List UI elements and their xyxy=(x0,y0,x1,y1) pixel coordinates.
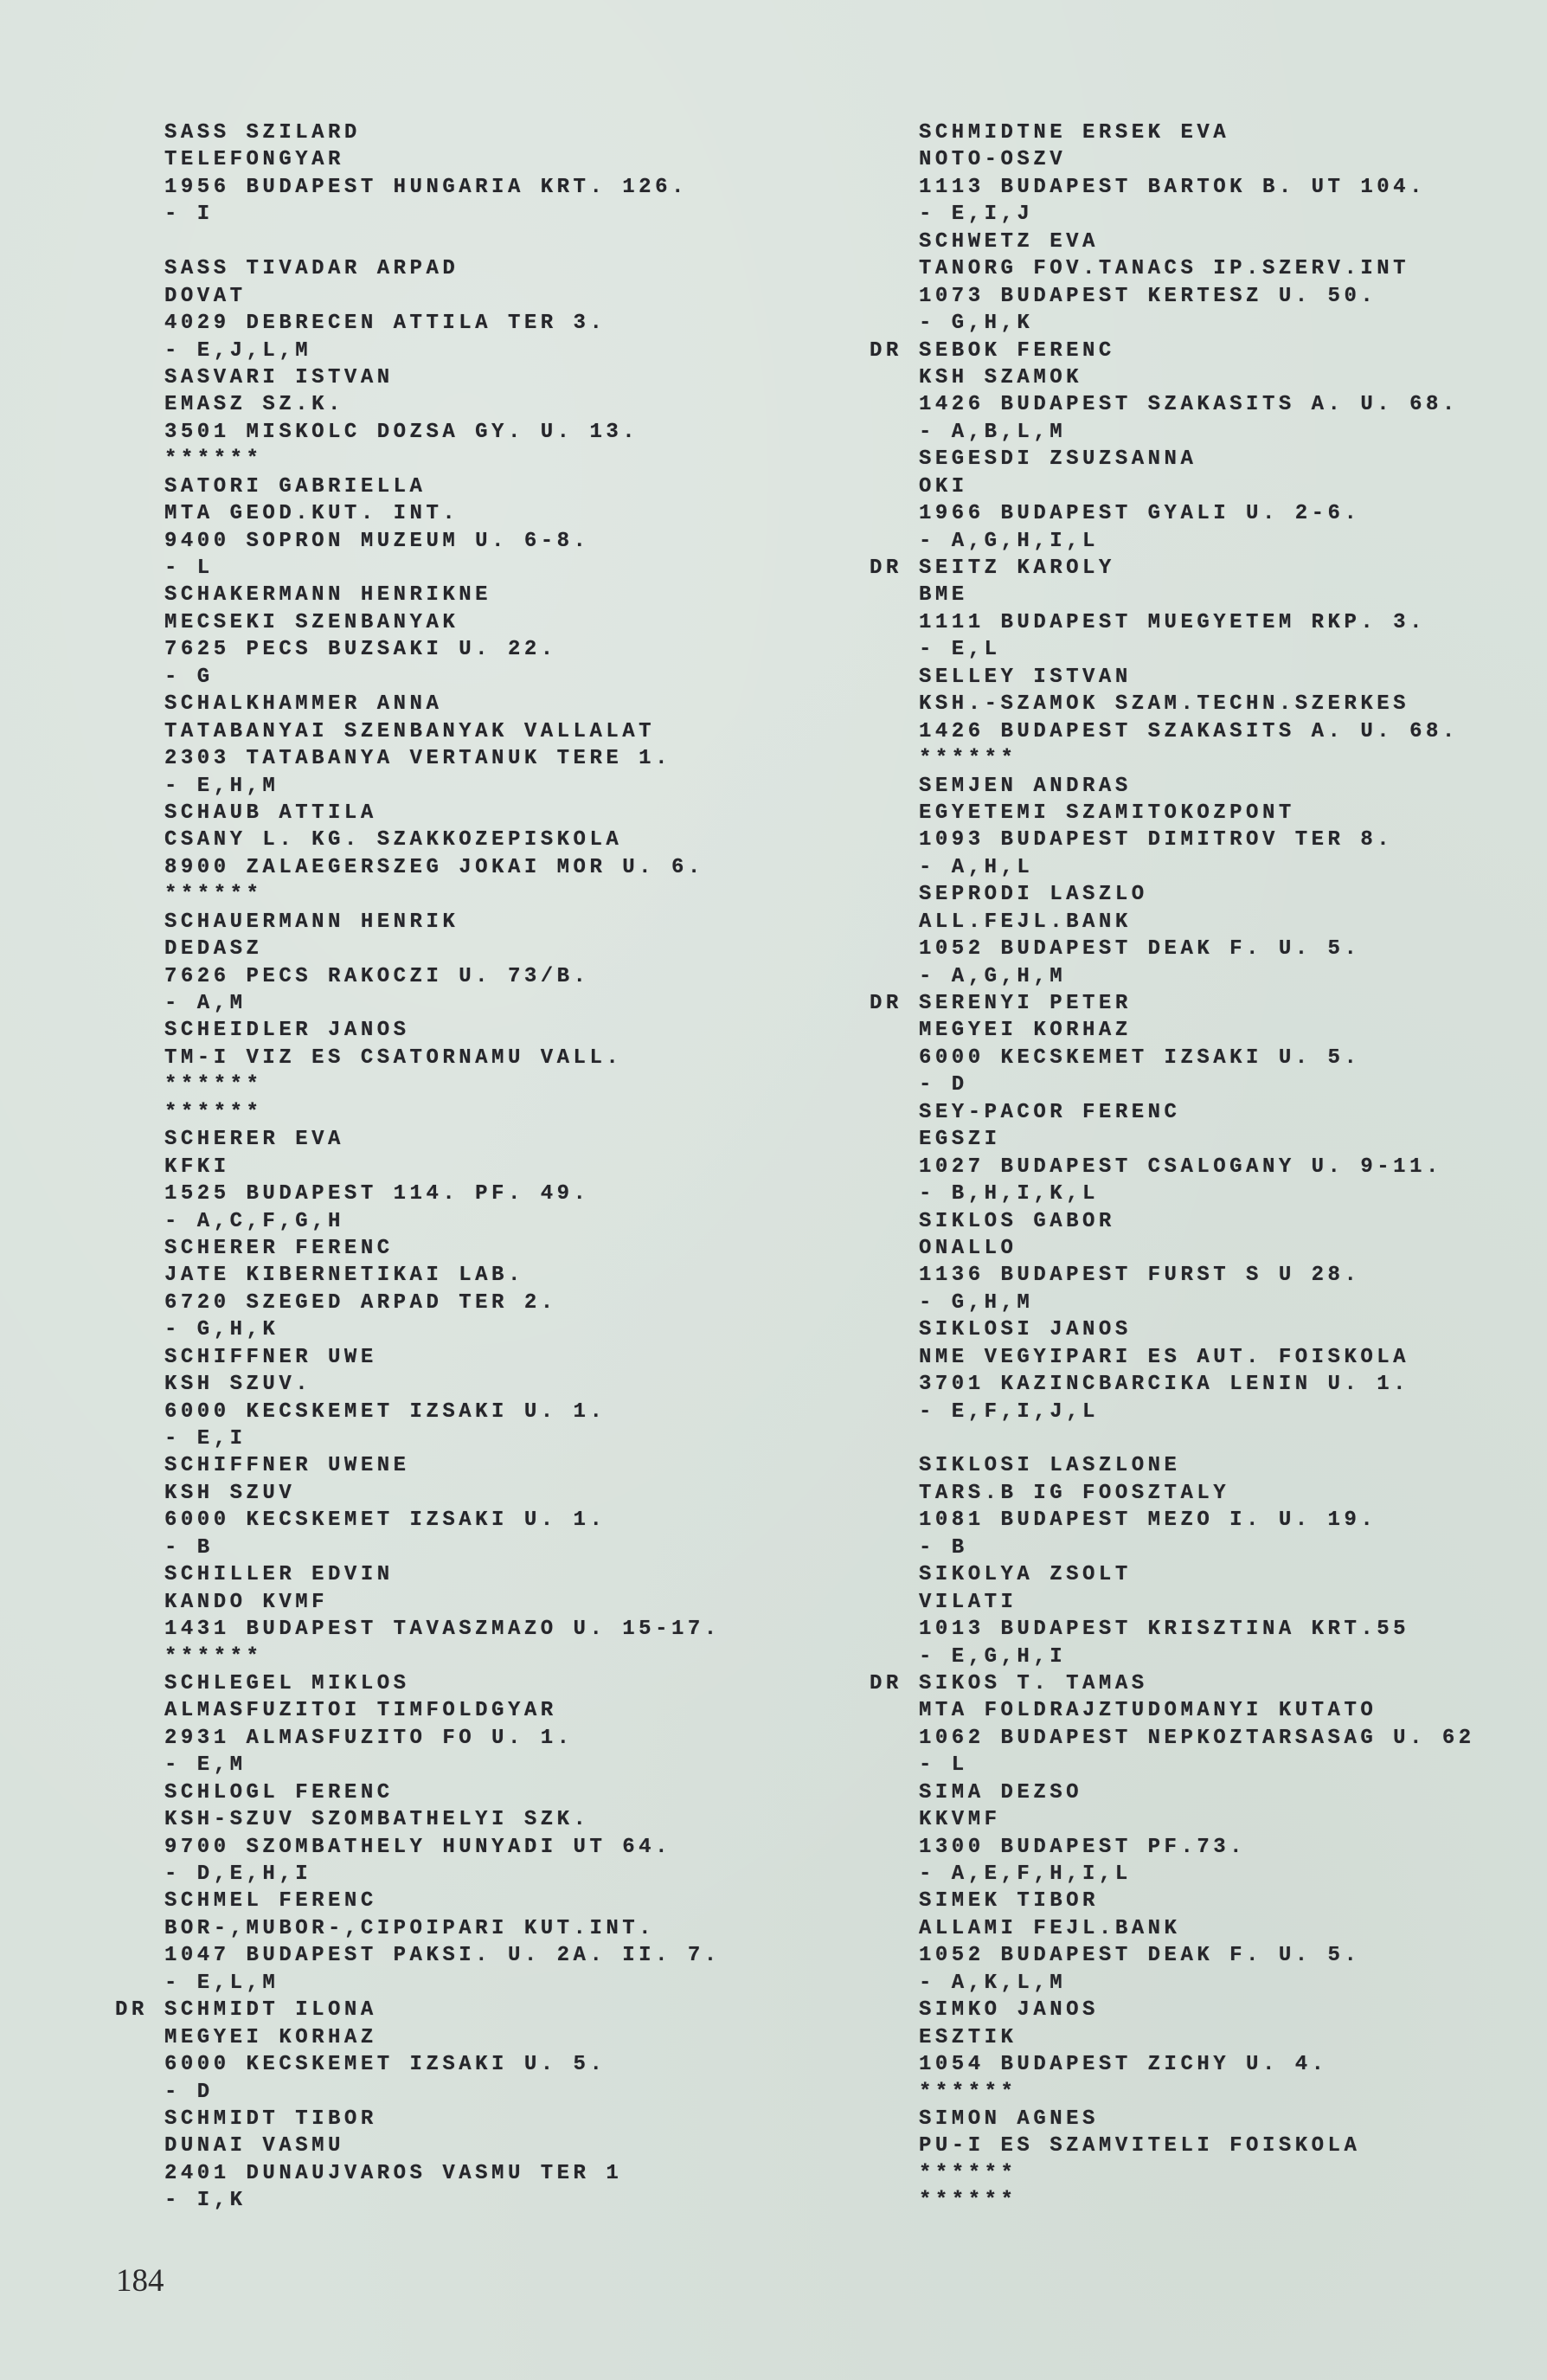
directory-line: ALL.FEJL.BANK xyxy=(870,909,1475,936)
blank-line xyxy=(115,228,721,255)
line-text: ****** xyxy=(164,447,262,471)
line-text: SIMA DEZSO xyxy=(919,1781,1082,1804)
line-text: - D,E,H,I xyxy=(164,1862,311,1886)
directory-line: SCHERER FERENC xyxy=(115,1235,721,1262)
directory-line: NME VEGYIPARI ES AUT. FOISKOLA xyxy=(870,1344,1475,1371)
directory-line: EMASZ SZ.K. xyxy=(115,391,721,418)
line-text: TANORG FOV.TANACS IP.SZERV.INT xyxy=(919,257,1409,280)
line-text: SERENYI PETER xyxy=(919,992,1132,1015)
line-text: - B xyxy=(919,1536,968,1560)
line-text: ESZTIK xyxy=(919,2026,1017,2049)
directory-line: - B xyxy=(115,1534,721,1561)
line-text: SCHAUB ATTILA xyxy=(164,801,377,825)
directory-line: DOVAT xyxy=(115,283,721,310)
line-text: 2303 TATABANYA VERTANUK TERE 1. xyxy=(164,747,671,770)
directory-line: KSH SZUV xyxy=(115,1480,721,1507)
title-prefix: DR xyxy=(870,1670,919,1697)
line-text: SEPRODI LASZLO xyxy=(919,883,1148,906)
directory-line: 1013 BUDAPEST KRISZTINA KRT.55 xyxy=(870,1616,1475,1643)
directory-line: - B xyxy=(870,1534,1475,1561)
line-text: 6000 KECSKEMET IZSAKI U. 1. xyxy=(164,1400,606,1424)
line-text: 1052 BUDAPEST DEAK F. U. 5. xyxy=(919,937,1360,961)
line-text: DOVAT xyxy=(164,285,247,308)
directory-line: DRSIKOS T. TAMAS xyxy=(870,1670,1475,1697)
directory-line: - A,C,F,G,H xyxy=(115,1208,721,1235)
line-text: ****** xyxy=(164,1073,262,1097)
directory-line: 8900 ZALAEGERSZEG JOKAI MOR U. 6. xyxy=(115,854,721,881)
line-text: SASS SZILARD xyxy=(164,121,361,145)
directory-line: 1966 BUDAPEST GYALI U. 2-6. xyxy=(870,500,1475,527)
line-text: - A,G,H,M xyxy=(919,965,1066,988)
line-text: SEGESDI ZSUZSANNA xyxy=(919,447,1197,471)
directory-line: MEGYEI KORHAZ xyxy=(115,2024,721,2051)
directory-line: DRSEITZ KAROLY xyxy=(870,555,1475,582)
directory-line: - I xyxy=(115,201,721,228)
directory-line: SELLEY ISTVAN xyxy=(870,664,1475,691)
directory-line: TM-I VIZ ES CSATORNAMU VALL. xyxy=(115,1045,721,1071)
line-text: 1062 BUDAPEST NEPKOZTARSASAG U. 62 xyxy=(919,1727,1475,1750)
directory-line: KSH-SZUV SZOMBATHELYI SZK. xyxy=(115,1806,721,1833)
line-text: - G,H,M xyxy=(919,1291,1033,1315)
title-prefix: DR xyxy=(870,990,919,1017)
directory-line: CSANY L. KG. SZAKKOZEPISKOLA xyxy=(115,827,721,853)
directory-line: 1047 BUDAPEST PAKSI. U. 2A. II. 7. xyxy=(115,1942,721,1969)
directory-line: ****** xyxy=(870,745,1475,772)
directory-line: TANORG FOV.TANACS IP.SZERV.INT xyxy=(870,255,1475,282)
line-text: TATABANYAI SZENBANYAK VALLALAT xyxy=(164,720,655,743)
line-text: SASVARI ISTVAN xyxy=(164,366,394,389)
line-text: - E,J,L,M xyxy=(164,339,311,363)
directory-line: 1027 BUDAPEST CSALOGANY U. 9-11. xyxy=(870,1154,1475,1180)
directory-line: ****** xyxy=(870,2160,1475,2187)
line-text: SCHEIDLER JANOS xyxy=(164,1019,410,1042)
directory-line: ****** xyxy=(115,1071,721,1098)
line-text: - A,G,H,I,L xyxy=(919,530,1099,553)
directory-line: VILATI xyxy=(870,1589,1475,1616)
directory-line: 1525 BUDAPEST 114. PF. 49. xyxy=(115,1180,721,1207)
directory-line: 1426 BUDAPEST SZAKASITS A. U. 68. xyxy=(870,718,1475,745)
directory-line: 1093 BUDAPEST DIMITROV TER 8. xyxy=(870,827,1475,853)
directory-line: MTA GEOD.KUT. INT. xyxy=(115,500,721,527)
directory-line: 3501 MISKOLC DOZSA GY. U. 13. xyxy=(115,419,721,446)
line-text: 4029 DEBRECEN ATTILA TER 3. xyxy=(164,312,606,335)
directory-line: SCHMIDTNE ERSEK EVA xyxy=(870,119,1475,146)
line-text: - A,H,L xyxy=(919,856,1033,879)
directory-line: EGSZI xyxy=(870,1126,1475,1153)
line-text: 1956 BUDAPEST HUNGARIA KRT. 126. xyxy=(164,176,688,199)
directory-line: - E,L xyxy=(870,636,1475,663)
line-text: ****** xyxy=(919,2081,1017,2104)
directory-line: SIKLOS GABOR xyxy=(870,1208,1475,1235)
directory-line: TARS.B IG FOOSZTALY xyxy=(870,1480,1475,1507)
line-text: - A,K,L,M xyxy=(919,1972,1066,1995)
directory-line: SIMON AGNES xyxy=(870,2106,1475,2132)
line-text: ****** xyxy=(919,747,1017,770)
line-text: 1426 BUDAPEST SZAKASITS A. U. 68. xyxy=(919,720,1459,743)
line-text: SCHMIDT TIBOR xyxy=(164,2107,377,2131)
directory-line: 7626 PECS RAKOCZI U. 73/B. xyxy=(115,963,721,990)
line-text: SIKOLYA ZSOLT xyxy=(919,1563,1132,1586)
line-text: TELEFONGYAR xyxy=(164,148,344,171)
line-text: SCHALKHAMMER ANNA xyxy=(164,692,442,716)
directory-line: 1062 BUDAPEST NEPKOZTARSASAG U. 62 xyxy=(870,1725,1475,1752)
directory-line: 1073 BUDAPEST KERTESZ U. 50. xyxy=(870,283,1475,310)
line-text: 1027 BUDAPEST CSALOGANY U. 9-11. xyxy=(919,1155,1442,1179)
directory-line: KFKI xyxy=(115,1154,721,1180)
line-text: SCHMEL FERENC xyxy=(164,1889,377,1913)
line-text: NOTO-OSZV xyxy=(919,148,1066,171)
directory-line: - D xyxy=(870,1071,1475,1098)
line-text: 1426 BUDAPEST SZAKASITS A. U. 68. xyxy=(919,393,1459,416)
line-text: 6720 SZEGED ARPAD TER 2. xyxy=(164,1291,557,1315)
directory-line: - G,H,M xyxy=(870,1290,1475,1316)
directory-line: PU-I ES SZAMVITELI FOISKOLA xyxy=(870,2132,1475,2159)
directory-line: 1052 BUDAPEST DEAK F. U. 5. xyxy=(870,936,1475,962)
directory-line: 3701 KAZINCBARCIKA LENIN U. 1. xyxy=(870,1371,1475,1398)
directory-line: - E,L,M xyxy=(115,1970,721,1997)
line-text: - E,L,M xyxy=(164,1972,279,1995)
line-text: 1525 BUDAPEST 114. PF. 49. xyxy=(164,1182,589,1206)
line-text: 6000 KECSKEMET IZSAKI U. 5. xyxy=(164,2053,606,2076)
line-text: DUNAI VASMU xyxy=(164,2134,344,2158)
line-text: KSH SZAMOK xyxy=(919,366,1082,389)
line-text: DEDASZ xyxy=(164,937,262,961)
line-text: 2401 DUNAUJVAROS VASMU TER 1 xyxy=(164,2162,622,2185)
line-text: JATE KIBERNETIKAI LAB. xyxy=(164,1264,524,1287)
directory-page: SASS SZILARDTELEFONGYAR1956 BUDAPEST HUN… xyxy=(0,0,1547,2380)
directory-line: 1111 BUDAPEST MUEGYETEM RKP. 3. xyxy=(870,609,1475,636)
directory-line: - G xyxy=(115,664,721,691)
directory-line: ****** xyxy=(115,881,721,908)
directory-line: ESZTIK xyxy=(870,2024,1475,2051)
line-text: - B,H,I,K,L xyxy=(919,1182,1099,1206)
line-text: 1111 BUDAPEST MUEGYETEM RKP. 3. xyxy=(919,611,1426,634)
line-text: SIKOS T. TAMAS xyxy=(919,1672,1148,1695)
line-text: CSANY L. KG. SZAKKOZEPISKOLA xyxy=(164,828,622,852)
directory-line: - B,H,I,K,L xyxy=(870,1180,1475,1207)
line-text: - E,M xyxy=(164,1753,247,1777)
directory-line: SCHERER EVA xyxy=(115,1126,721,1153)
line-text: SCHWETZ EVA xyxy=(919,230,1099,254)
line-text: KKVMF xyxy=(919,1808,1001,1831)
directory-line: - A,B,L,M xyxy=(870,419,1475,446)
line-text: SATORI GABRIELLA xyxy=(164,475,426,499)
directory-line: 1054 BUDAPEST ZICHY U. 4. xyxy=(870,2051,1475,2078)
title-prefix: DR xyxy=(870,555,919,582)
directory-line: SCHAUERMANN HENRIK xyxy=(115,909,721,936)
directory-line: SCHIFFNER UWENE xyxy=(115,1452,721,1479)
line-text: EGSZI xyxy=(919,1128,1001,1151)
line-text: - G xyxy=(164,666,214,689)
directory-line: - L xyxy=(870,1752,1475,1779)
directory-line: 4029 DEBRECEN ATTILA TER 3. xyxy=(115,310,721,337)
directory-line: TATABANYAI SZENBANYAK VALLALAT xyxy=(115,718,721,745)
directory-line: SEMJEN ANDRAS xyxy=(870,773,1475,800)
directory-line: - E,M xyxy=(115,1752,721,1779)
line-text: SIMON AGNES xyxy=(919,2107,1099,2131)
line-text: MEGYEI KORHAZ xyxy=(919,1019,1132,1042)
directory-line: 2931 ALMASFUZITO FO U. 1. xyxy=(115,1725,721,1752)
directory-line: MECSEKI SZENBANYAK xyxy=(115,609,721,636)
line-text: 1113 BUDAPEST BARTOK B. UT 104. xyxy=(919,176,1426,199)
directory-line: NOTO-OSZV xyxy=(870,146,1475,173)
directory-line: - A,M xyxy=(115,990,721,1017)
line-text: ****** xyxy=(164,1101,262,1124)
directory-line: SCHMEL FERENC xyxy=(115,1888,721,1914)
line-text: - D xyxy=(164,2081,214,2104)
directory-line: 1426 BUDAPEST SZAKASITS A. U. 68. xyxy=(870,391,1475,418)
line-text: EGYETEMI SZAMITOKOZPONT xyxy=(919,801,1295,825)
directory-line: 1431 BUDAPEST TAVASZMAZO U. 15-17. xyxy=(115,1616,721,1643)
directory-line: SIMA DEZSO xyxy=(870,1779,1475,1806)
line-text: MEGYEI KORHAZ xyxy=(164,2026,377,2049)
line-text: KSH SZUV xyxy=(164,1482,295,1505)
line-text: 8900 ZALAEGERSZEG JOKAI MOR U. 6. xyxy=(164,856,704,879)
directory-line: - G,H,K xyxy=(870,310,1475,337)
directory-line: 1300 BUDAPEST PF.73. xyxy=(870,1834,1475,1861)
directory-line: DEDASZ xyxy=(115,936,721,962)
directory-line: 9400 SOPRON MUZEUM U. 6-8. xyxy=(115,528,721,555)
directory-line: - E,I,J xyxy=(870,201,1475,228)
directory-line: SATORI GABRIELLA xyxy=(115,473,721,500)
directory-line: ****** xyxy=(115,1099,721,1126)
directory-line: KSH SZUV. xyxy=(115,1371,721,1398)
right-column: SCHMIDTNE ERSEK EVANOTO-OSZV1113 BUDAPES… xyxy=(870,119,1475,2215)
line-text: 3701 KAZINCBARCIKA LENIN U. 1. xyxy=(919,1373,1409,1396)
line-text: SCHAUERMANN HENRIK xyxy=(164,910,459,934)
line-text: 1300 BUDAPEST PF.73. xyxy=(919,1836,1246,1859)
directory-line: ****** xyxy=(870,2187,1475,2214)
left-column: SASS SZILARDTELEFONGYAR1956 BUDAPEST HUN… xyxy=(115,119,721,2215)
directory-line: SCHMIDT TIBOR xyxy=(115,2106,721,2132)
directory-line: SCHLOGL FERENC xyxy=(115,1779,721,1806)
directory-line: SCHWETZ EVA xyxy=(870,228,1475,255)
directory-line: - E,G,H,I xyxy=(870,1643,1475,1670)
line-text: SCHLEGEL MIKLOS xyxy=(164,1672,410,1695)
line-text: 7625 PECS BUZSAKI U. 22. xyxy=(164,638,557,661)
line-text: ****** xyxy=(919,2162,1017,2185)
directory-line: - D,E,H,I xyxy=(115,1861,721,1888)
line-text: ****** xyxy=(919,2189,1017,2212)
line-text: SCHIFFNER UWE xyxy=(164,1346,377,1369)
line-text: 1054 BUDAPEST ZICHY U. 4. xyxy=(919,2053,1328,2076)
line-text: KANDO KVMF xyxy=(164,1591,328,1614)
page-number: 184 xyxy=(116,2262,164,2300)
directory-line: KSH.-SZAMOK SZAM.TECHN.SZERKES xyxy=(870,691,1475,717)
line-text: - E,G,H,I xyxy=(919,1645,1066,1669)
line-text: - G,H,K xyxy=(919,312,1033,335)
line-text: 1966 BUDAPEST GYALI U. 2-6. xyxy=(919,502,1360,525)
line-text: SCHERER EVA xyxy=(164,1128,344,1151)
directory-line: - E,F,I,J,L xyxy=(870,1399,1475,1425)
line-text: 9700 SZOMBATHELY HUNYADI UT 64. xyxy=(164,1836,671,1859)
line-text: PU-I ES SZAMVITELI FOISKOLA xyxy=(919,2134,1360,2158)
line-text: - E,I,J xyxy=(919,203,1033,226)
directory-line: ALLAMI FEJL.BANK xyxy=(870,1915,1475,1942)
line-text: KSH SZUV. xyxy=(164,1373,311,1396)
directory-line: ****** xyxy=(115,446,721,473)
line-text: BOR-,MUBOR-,CIPOIPARI KUT.INT. xyxy=(164,1917,655,1940)
title-prefix: DR xyxy=(870,338,919,364)
line-text: 2931 ALMASFUZITO FO U. 1. xyxy=(164,1727,574,1750)
line-text: OKI xyxy=(919,475,968,499)
directory-line: - E,I xyxy=(115,1425,721,1452)
directory-line: SCHLEGEL MIKLOS xyxy=(115,1670,721,1697)
line-text: KSH.-SZAMOK SZAM.TECHN.SZERKES xyxy=(919,692,1409,716)
directory-line: KSH SZAMOK xyxy=(870,364,1475,391)
line-text: MECSEKI SZENBANYAK xyxy=(164,611,459,634)
line-text: TM-I VIZ ES CSATORNAMU VALL. xyxy=(164,1046,622,1070)
directory-line: SEY-PACOR FERENC xyxy=(870,1099,1475,1126)
directory-line: EGYETEMI SZAMITOKOZPONT xyxy=(870,800,1475,827)
directory-line: 1081 BUDAPEST MEZO I. U. 19. xyxy=(870,1507,1475,1534)
line-text: 6000 KECSKEMET IZSAKI U. 5. xyxy=(919,1046,1360,1070)
line-text: ALMASFUZITOI TIMFOLDGYAR xyxy=(164,1699,557,1722)
directory-line: 2401 DUNAUJVAROS VASMU TER 1 xyxy=(115,2160,721,2187)
directory-line: SASS TIVADAR ARPAD xyxy=(115,255,721,282)
directory-line: 6000 KECSKEMET IZSAKI U. 1. xyxy=(115,1399,721,1425)
line-text: NME VEGYIPARI ES AUT. FOISKOLA xyxy=(919,1346,1409,1369)
directory-line: ****** xyxy=(870,2079,1475,2106)
line-text: 6000 KECSKEMET IZSAKI U. 1. xyxy=(164,1508,606,1532)
line-text: 9400 SOPRON MUZEUM U. 6-8. xyxy=(164,530,589,553)
line-text: EMASZ SZ.K. xyxy=(164,393,344,416)
directory-line: 7625 PECS BUZSAKI U. 22. xyxy=(115,636,721,663)
line-text: SCHILLER EDVIN xyxy=(164,1563,394,1586)
line-text: - A,B,L,M xyxy=(919,421,1066,444)
line-text: SEY-PACOR FERENC xyxy=(919,1101,1180,1124)
line-text: 1093 BUDAPEST DIMITROV TER 8. xyxy=(919,828,1393,852)
line-text: SIKLOSI JANOS xyxy=(919,1318,1132,1341)
directory-line: SASVARI ISTVAN xyxy=(115,364,721,391)
line-text: SIMEK TIBOR xyxy=(919,1889,1099,1913)
directory-line: SEGESDI ZSUZSANNA xyxy=(870,446,1475,473)
directory-line: - A,E,F,H,I,L xyxy=(870,1861,1475,1888)
line-text: ALL.FEJL.BANK xyxy=(919,910,1132,934)
line-text: SASS TIVADAR ARPAD xyxy=(164,257,459,280)
directory-line: - A,G,H,I,L xyxy=(870,528,1475,555)
line-text: VILATI xyxy=(919,1591,1017,1614)
directory-line: SCHILLER EDVIN xyxy=(115,1561,721,1588)
directory-line: DUNAI VASMU xyxy=(115,2132,721,2159)
line-text: - E,F,I,J,L xyxy=(919,1400,1099,1424)
directory-line: SCHAKERMANN HENRIKNE xyxy=(115,582,721,608)
line-text: - I xyxy=(164,203,214,226)
line-text: SEITZ KAROLY xyxy=(919,556,1115,580)
directory-line: BME xyxy=(870,582,1475,608)
directory-line: SIKLOSI JANOS xyxy=(870,1316,1475,1343)
line-text: SELLEY ISTVAN xyxy=(919,666,1132,689)
line-text: 1013 BUDAPEST KRISZTINA KRT.55 xyxy=(919,1618,1409,1641)
directory-line: - G,H,K xyxy=(115,1316,721,1343)
directory-line: SCHAUB ATTILA xyxy=(115,800,721,827)
blank-line xyxy=(870,1425,1475,1452)
line-text: - L xyxy=(919,1753,968,1777)
line-text: SCHIFFNER UWENE xyxy=(164,1454,410,1477)
directory-line: ONALLO xyxy=(870,1235,1475,1262)
directory-line: SIMEK TIBOR xyxy=(870,1888,1475,1914)
line-text: - G,H,K xyxy=(164,1318,279,1341)
directory-line: 1956 BUDAPEST HUNGARIA KRT. 126. xyxy=(115,174,721,201)
line-text: - E,I xyxy=(164,1427,247,1451)
line-text: 1047 BUDAPEST PAKSI. U. 2A. II. 7. xyxy=(164,1944,721,1967)
line-text: - E,L xyxy=(919,638,1001,661)
directory-line: SIKOLYA ZSOLT xyxy=(870,1561,1475,1588)
line-text: SEMJEN ANDRAS xyxy=(919,775,1132,798)
directory-line: - D xyxy=(115,2079,721,2106)
directory-line: - A,G,H,M xyxy=(870,963,1475,990)
line-text: 1081 BUDAPEST MEZO I. U. 19. xyxy=(919,1508,1377,1532)
directory-line: - L xyxy=(115,555,721,582)
line-text: SIKLOSI LASZLONE xyxy=(919,1454,1180,1477)
directory-line: 9700 SZOMBATHELY HUNYADI UT 64. xyxy=(115,1834,721,1861)
line-text: KFKI xyxy=(164,1155,230,1179)
directory-line: KANDO KVMF xyxy=(115,1589,721,1616)
line-text: ****** xyxy=(164,1645,262,1669)
directory-line: BOR-,MUBOR-,CIPOIPARI KUT.INT. xyxy=(115,1915,721,1942)
line-text: SCHERER FERENC xyxy=(164,1237,394,1260)
line-text: 1052 BUDAPEST DEAK F. U. 5. xyxy=(919,1944,1360,1967)
directory-line: DRSERENYI PETER xyxy=(870,990,1475,1017)
line-text: ****** xyxy=(164,883,262,906)
directory-line: TELEFONGYAR xyxy=(115,146,721,173)
line-text: 7626 PECS RAKOCZI U. 73/B. xyxy=(164,965,589,988)
line-text: ONALLO xyxy=(919,1237,1017,1260)
directory-line: SCHALKHAMMER ANNA xyxy=(115,691,721,717)
directory-line: DRSEBOK FERENC xyxy=(870,338,1475,364)
line-text: - A,C,F,G,H xyxy=(164,1210,344,1233)
directory-line: 6720 SZEGED ARPAD TER 2. xyxy=(115,1290,721,1316)
line-text: - A,E,F,H,I,L xyxy=(919,1862,1132,1886)
directory-line: 6000 KECSKEMET IZSAKI U. 1. xyxy=(115,1507,721,1534)
directory-line: 1113 BUDAPEST BARTOK B. UT 104. xyxy=(870,174,1475,201)
directory-line: 1052 BUDAPEST DEAK F. U. 5. xyxy=(870,1942,1475,1969)
directory-line: MEGYEI KORHAZ xyxy=(870,1017,1475,1044)
line-text: SCHLOGL FERENC xyxy=(164,1781,394,1804)
line-text: MTA GEOD.KUT. INT. xyxy=(164,502,459,525)
line-text: 1431 BUDAPEST TAVASZMAZO U. 15-17. xyxy=(164,1618,721,1641)
directory-line: SCHIFFNER UWE xyxy=(115,1344,721,1371)
line-text: BME xyxy=(919,583,968,607)
directory-line: 2303 TATABANYA VERTANUK TERE 1. xyxy=(115,745,721,772)
line-text: SEBOK FERENC xyxy=(919,339,1115,363)
directory-line: ALMASFUZITOI TIMFOLDGYAR xyxy=(115,1697,721,1724)
line-text: SIKLOS GABOR xyxy=(919,1210,1115,1233)
title-prefix: DR xyxy=(115,1997,164,2023)
line-text: SIMKO JANOS xyxy=(919,1998,1099,2022)
directory-line: SIKLOSI LASZLONE xyxy=(870,1452,1475,1479)
line-text: TARS.B IG FOOSZTALY xyxy=(919,1482,1229,1505)
line-text: 1073 BUDAPEST KERTESZ U. 50. xyxy=(919,285,1377,308)
line-text: - D xyxy=(919,1073,968,1097)
directory-line: - E,H,M xyxy=(115,773,721,800)
line-text: - E,H,M xyxy=(164,775,279,798)
directory-line: 6000 KECSKEMET IZSAKI U. 5. xyxy=(870,1045,1475,1071)
line-text: SCHAKERMANN HENRIKNE xyxy=(164,583,491,607)
line-text: MTA FOLDRAJZTUDOMANYI KUTATO xyxy=(919,1699,1377,1722)
line-text: 1136 BUDAPEST FURST S U 28. xyxy=(919,1264,1360,1287)
directory-line: SASS SZILARD xyxy=(115,119,721,146)
directory-line: SEPRODI LASZLO xyxy=(870,881,1475,908)
directory-line: 1136 BUDAPEST FURST S U 28. xyxy=(870,1262,1475,1289)
directory-line: - I,K xyxy=(115,2187,721,2214)
directory-line: ****** xyxy=(115,1643,721,1670)
directory-line: SIMKO JANOS xyxy=(870,1997,1475,2023)
directory-line: OKI xyxy=(870,473,1475,500)
line-text: SCHMIDT ILONA xyxy=(164,1998,377,2022)
directory-line: JATE KIBERNETIKAI LAB. xyxy=(115,1262,721,1289)
line-text: - L xyxy=(164,556,214,580)
